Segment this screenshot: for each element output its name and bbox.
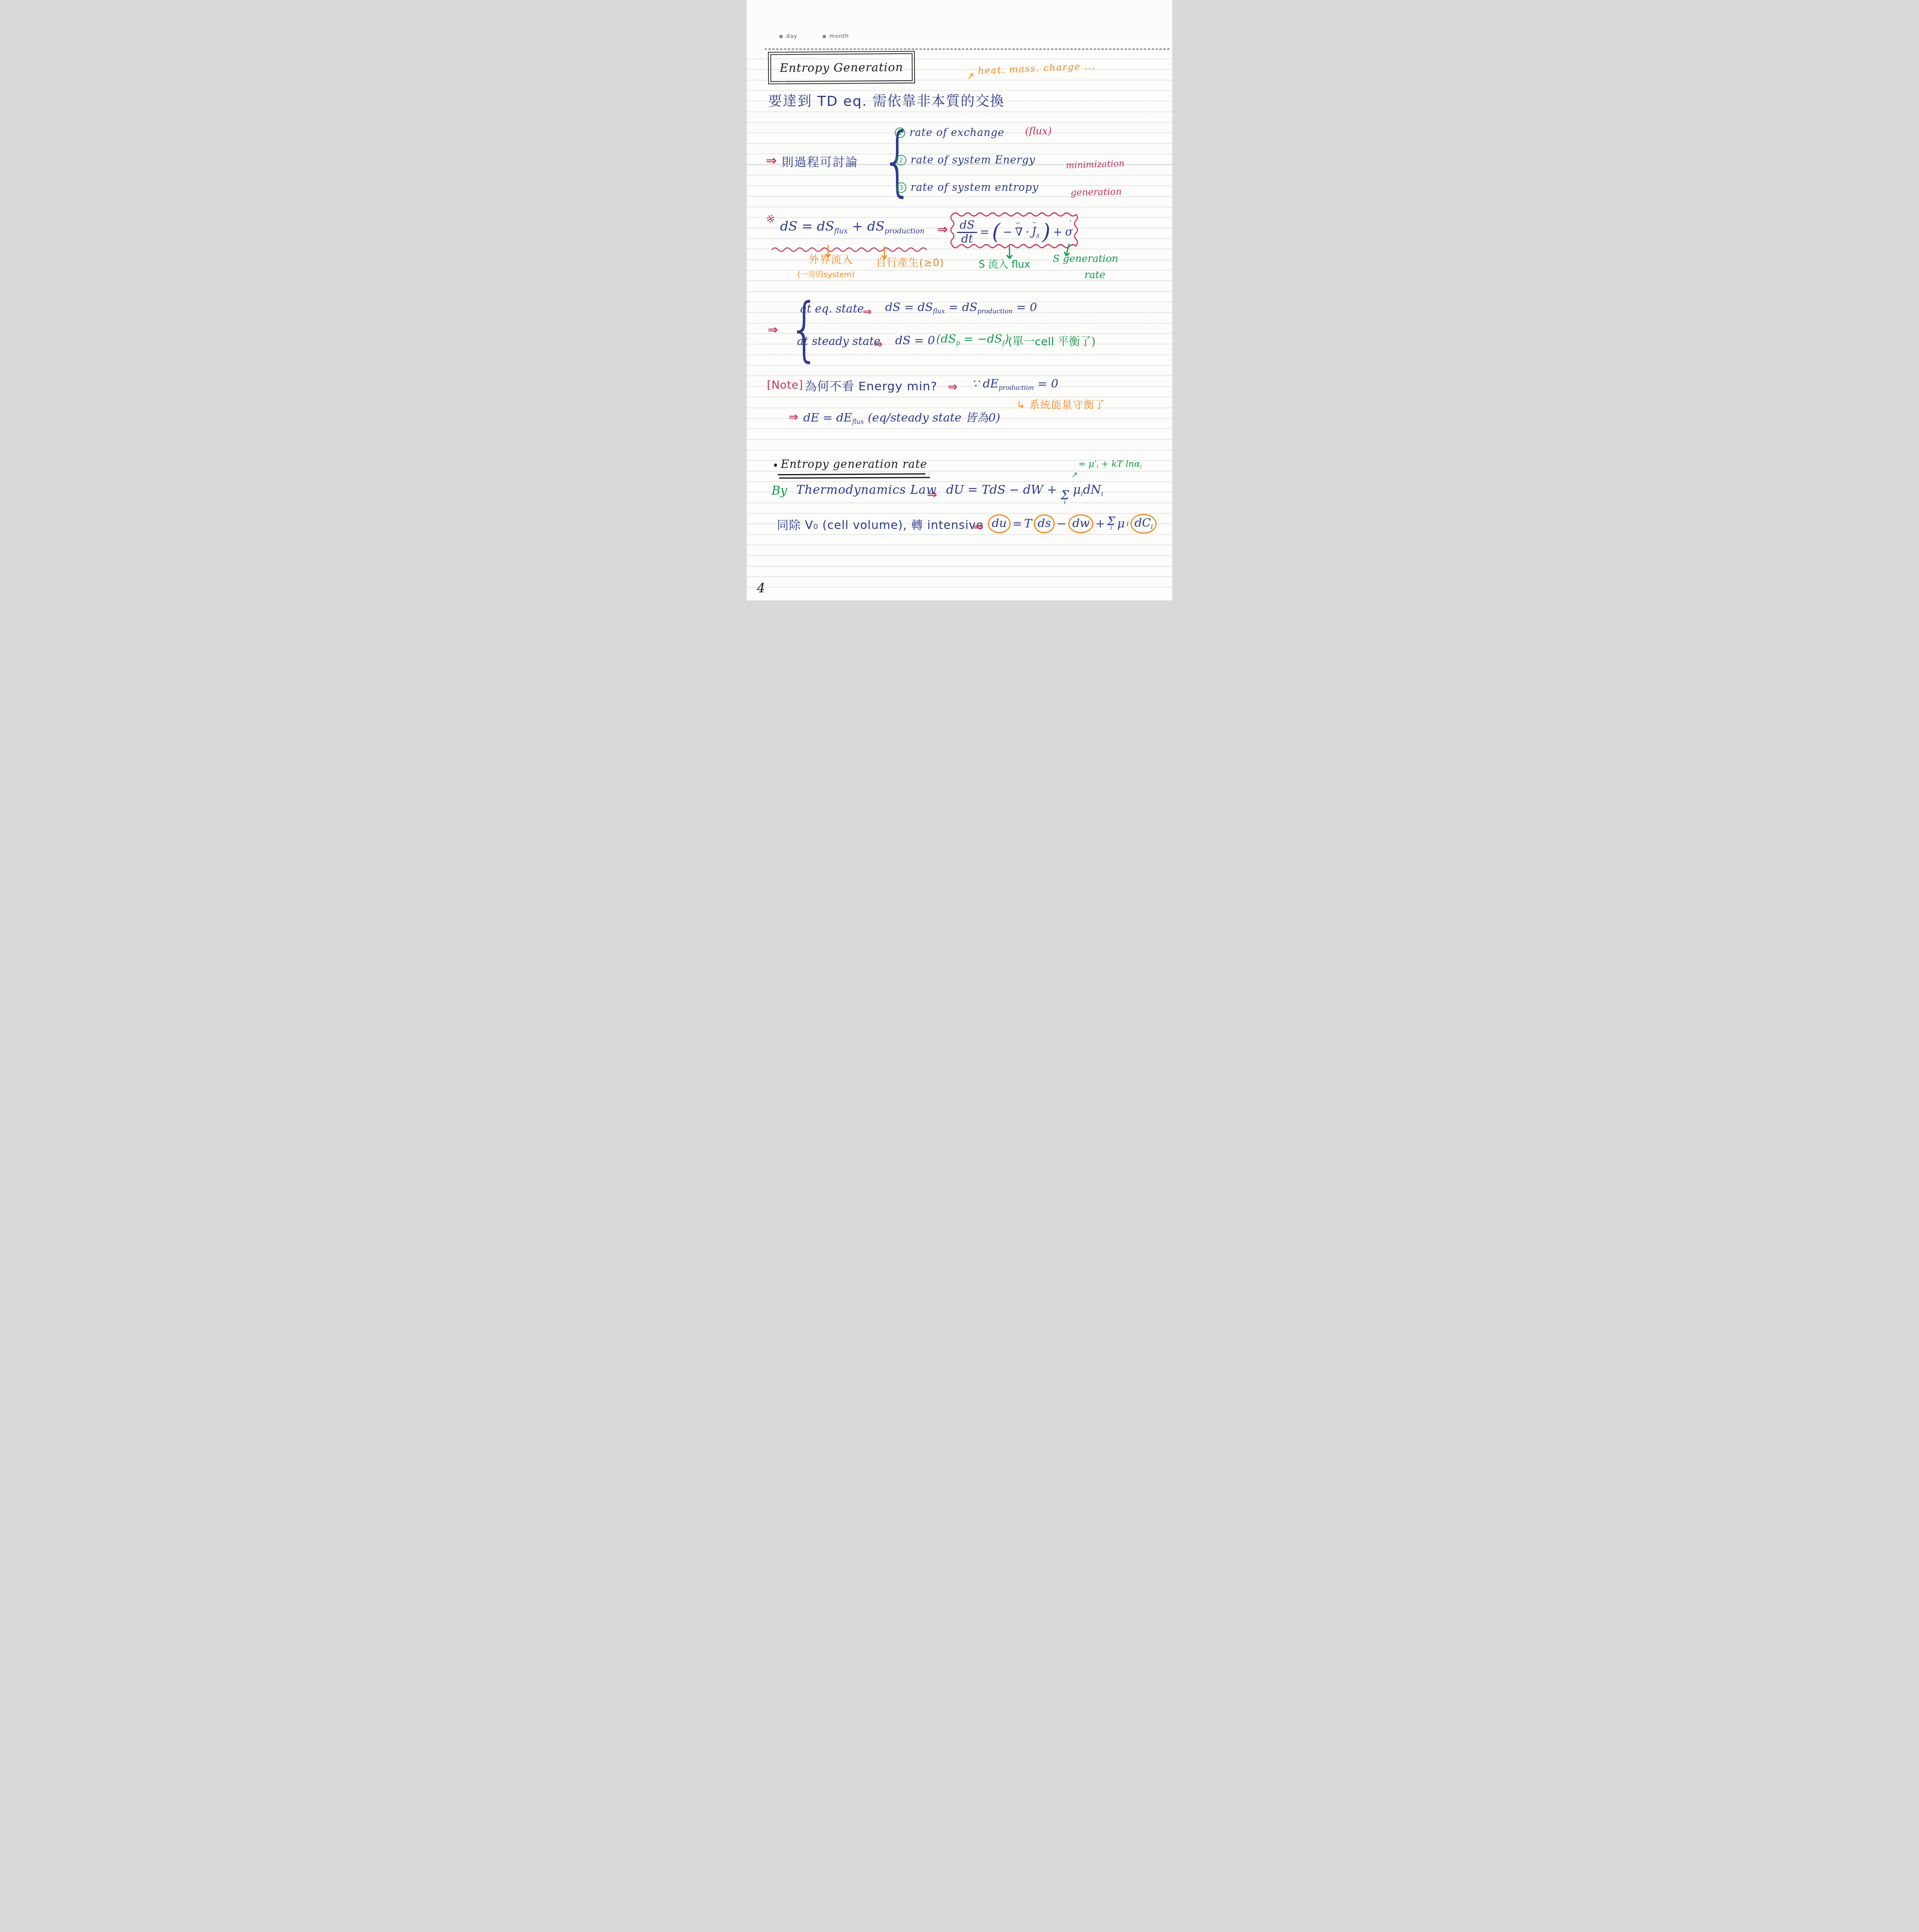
formula-term: = μ <box>1078 459 1095 469</box>
s-flux-annotation: S 流入 flux <box>979 257 1030 271</box>
formula-term: + kT lnα <box>1101 459 1140 469</box>
subscript: flux <box>852 418 864 425</box>
subscript: i <box>1097 464 1098 469</box>
day-label: day <box>786 33 797 39</box>
first-law-formula: dU = TdS − dW + Σi μidNi <box>946 483 1103 505</box>
page-number: 4 <box>757 580 765 596</box>
subscript: i <box>1127 520 1129 527</box>
intro-line: 要達到 TD eq. 需依靠非本質的交換 <box>768 90 1005 110</box>
equals-sign: = <box>980 225 989 238</box>
s-generation-annotation-2: rate <box>1084 269 1105 281</box>
because-symbol: ∵ <box>972 377 979 391</box>
orange-circled-ds: ds <box>1034 514 1055 533</box>
bullet-icon: • <box>772 459 779 472</box>
list-item: 1 rate of exchange <box>895 127 1005 139</box>
formula-term: du <box>992 517 1007 530</box>
circled-number: 2 <box>896 155 906 165</box>
list-item-text: rate of system entropy <box>911 182 1039 194</box>
list-item: 2 rate of system Energy <box>896 154 1035 166</box>
plus-sign: + <box>1053 225 1062 238</box>
notebook-page: day month Entropy Generation ↗ heat. mas… <box>747 0 1172 600</box>
orange-circled-dc: dCi <box>1130 514 1156 534</box>
list-item-suffix: minimization <box>1066 158 1125 170</box>
list-item-suffix: generation <box>1071 186 1122 198</box>
implies-arrow-icon: ⇒ <box>789 410 798 424</box>
month-label: month <box>829 33 849 39</box>
minus-sign: − <box>1003 225 1012 238</box>
day-field: day <box>779 33 797 39</box>
implies-arrow-icon: ⇒ <box>937 222 948 237</box>
formula-term: dE = dE <box>803 411 852 425</box>
up-right-arrow-icon: ↗ <box>1071 470 1078 479</box>
formula-term: dC <box>1134 516 1151 530</box>
divide-by-volume-note: 同除 V₀ (cell volume), 轉 intensive <box>777 515 984 532</box>
vector-arrow-icon: → <box>1015 221 1020 226</box>
intensive-formula: du = Tds − dw + Σi μi dCi <box>988 514 1157 534</box>
plus-sign: + <box>1095 517 1105 531</box>
implies-arrow-icon: ⇒ <box>874 338 882 350</box>
equals-sign: = <box>1013 517 1022 531</box>
formula-term: dS <box>885 301 901 314</box>
fraction-denominator: dt <box>961 233 973 245</box>
discuss-label: 則過程可討論 <box>782 152 858 170</box>
nabla-symbol: ∇ <box>1015 225 1023 238</box>
entropy-flux-vector: ⇀Js <box>1032 225 1040 239</box>
note-tag: [Note] <box>767 379 803 391</box>
circled-number: 1 <box>895 128 905 138</box>
mu-symbol: μ <box>1073 483 1081 497</box>
annotation-arrow-icon: ↗ <box>966 70 975 82</box>
production-annotation: 自行產生(≥0) <box>876 254 944 269</box>
formula-note: (eq/steady state 皆為0) <box>868 411 1000 425</box>
equals-sign: = <box>904 301 914 314</box>
dot-operator: · <box>1025 225 1029 238</box>
implies-arrow-icon: ⇒ <box>927 487 937 502</box>
subscript: production <box>884 227 924 235</box>
formula-term: dS <box>780 219 797 234</box>
energy-flux-formula: dE = dEflux (eq/steady state 皆為0) <box>803 408 1000 425</box>
s-generation-annotation: S generation <box>1053 253 1118 265</box>
list-item-text: rate of exchange <box>909 127 1005 139</box>
case-eq-formula: dS = dSflux = dSproduction = 0 <box>885 301 1037 315</box>
formula-term: dw <box>1072 517 1090 530</box>
implies-arrow-icon: ⇒ <box>766 153 777 168</box>
formula-term: dS <box>817 219 834 234</box>
flux-symbol: J <box>1032 225 1037 238</box>
orange-circled-du: du <box>988 514 1011 533</box>
sum-index: i <box>1064 500 1066 504</box>
temperature-symbol: T <box>1024 517 1032 531</box>
formula-term: ds <box>1038 517 1051 530</box>
by-word: By <box>772 484 787 498</box>
plus-sign: + <box>852 219 863 234</box>
formula-term: dS <box>962 301 977 314</box>
subscript: i <box>1101 490 1103 498</box>
single-cell-note: (單一cell 平衡了) <box>1008 333 1096 349</box>
formula-term: dU = TdS − dW + <box>946 483 1057 497</box>
entropy-balance-formula: dS = dSflux + dSproduction <box>780 219 925 235</box>
summation: Σi <box>1107 517 1115 531</box>
dashed-separator <box>765 49 1169 49</box>
dot-accent-icon: ˙ <box>1068 219 1073 230</box>
implies-arrow-icon: ⇒ <box>768 322 778 337</box>
month-bullet-icon <box>823 35 826 38</box>
mu-symbol: μ <box>1117 517 1125 531</box>
orange-circled-dw: dw <box>1068 514 1093 533</box>
equals-sign: = <box>802 219 813 234</box>
steady-state-relation: (dSp = −dSf) <box>936 332 1009 347</box>
formula-term: dE <box>983 377 999 391</box>
chemical-potential-note: = μ°i + kT lnαi <box>1078 459 1142 469</box>
subscript: production <box>977 308 1013 315</box>
formula-term: dN <box>1083 483 1101 497</box>
subscript: production <box>999 384 1034 391</box>
thermodynamics-law-label: Thermodynamics Law <box>796 483 937 497</box>
formula-term: dS <box>867 219 884 234</box>
title-box: Entropy Generation <box>768 51 915 85</box>
flux-annotation: 外界流入 <box>809 251 853 266</box>
implies-arrow-icon: ⇒ <box>863 305 872 318</box>
subscript: s <box>1036 231 1039 239</box>
summation: Σi <box>1061 491 1069 505</box>
subscript: flux <box>834 227 848 235</box>
page-title: Entropy Generation <box>780 60 903 75</box>
subscript: i <box>1140 464 1142 469</box>
vector-arrow-icon: ⇀ <box>1032 220 1037 226</box>
month-field: month <box>823 33 849 39</box>
case-steady-formula: dS = 0 <box>895 334 935 347</box>
sigma-dot: ˙σ <box>1065 225 1073 238</box>
equals-zero: = 0 <box>1016 301 1037 314</box>
fraction: dS dt <box>957 219 977 245</box>
implies-arrow-icon: ⇒ <box>948 380 957 394</box>
case-steady-label: at steady state <box>797 335 880 348</box>
list-item-suffix: (flux) <box>1025 126 1052 137</box>
equals-zero: = 0 <box>1038 377 1059 391</box>
formula-term: dS <box>918 301 933 314</box>
section-heading: Entropy generation rate <box>781 457 927 471</box>
subscript: i <box>1151 523 1153 531</box>
fraction-numerator: dS <box>957 219 977 233</box>
formula-term: (dS <box>936 332 956 346</box>
circled-number: 3 <box>896 182 906 193</box>
day-bullet-icon <box>779 35 783 38</box>
flux-annotation-2: (一旁的system) <box>797 268 855 279</box>
note-reason-formula: ∵ dEproduction = 0 <box>972 377 1058 391</box>
subscript: flux <box>933 308 945 315</box>
note-question: 為何不看 Energy min? <box>805 376 937 394</box>
case-eq-label: at eq. state <box>800 302 864 315</box>
formula-term: = −dS <box>964 332 1003 346</box>
minus-sign: − <box>1057 517 1066 531</box>
implies-arrow-icon: ⇒ <box>973 519 984 534</box>
equals-sign: = <box>948 301 958 314</box>
nabla-vector: →∇ <box>1015 225 1023 238</box>
energy-conserved-note: ↳ 系統能量守衡了 <box>1016 396 1105 412</box>
list-item-text: rate of system Energy <box>911 154 1035 166</box>
subscript: p <box>956 339 960 347</box>
list-item: 3 rate of system entropy <box>896 182 1039 194</box>
sum-index: i <box>1110 526 1112 530</box>
